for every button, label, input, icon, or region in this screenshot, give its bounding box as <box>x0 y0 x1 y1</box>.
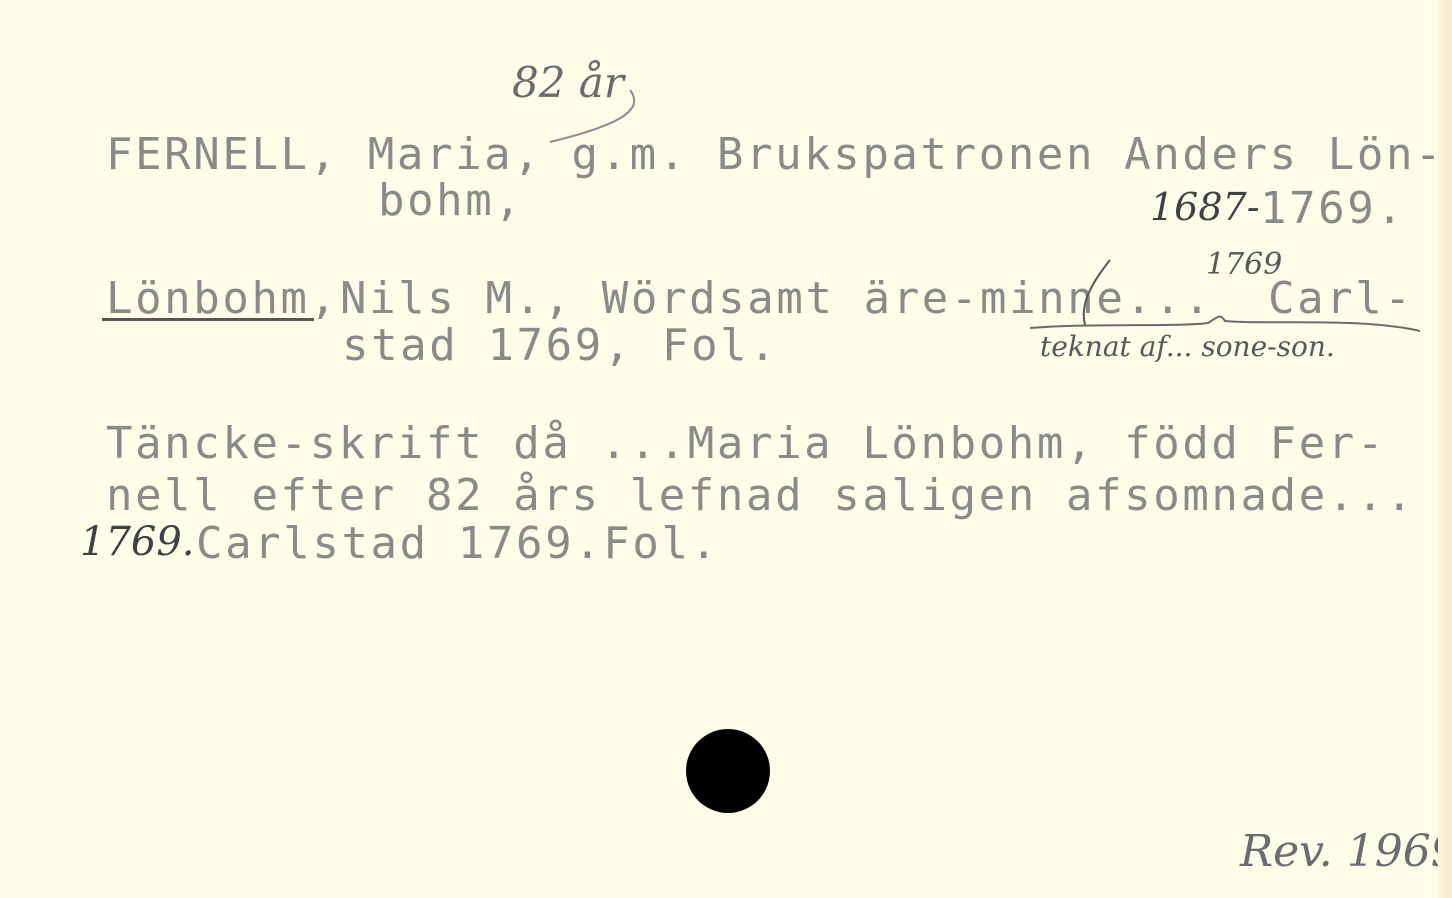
entry2-line2: stad 1769, Fol. <box>342 324 778 368</box>
entry3-line3: Carlstad 1769.Fol. <box>196 522 720 566</box>
heading-underline <box>102 318 314 321</box>
entry3-line2: nell efter 82 års lefnad saligen afsomna… <box>106 474 1415 518</box>
entry1-death-year: 1769. <box>1260 187 1405 231</box>
entry1-line2: bohm, <box>378 179 523 223</box>
entry2-line1-end: Carl- <box>1268 277 1413 321</box>
entry2-handwritten-note: teknat af... sone-son. <box>1040 333 1335 361</box>
entry1-line1: FERNELL, Maria, g.m. Brukspatronen Ander… <box>106 133 1444 177</box>
entry2-heading: Lönbohm, <box>106 277 339 321</box>
entry3-line1: Täncke-skrift då ...Maria Lönbohm, född … <box>106 422 1386 466</box>
revision-note: Rev. 1969 <box>1240 830 1452 874</box>
entry3-year-handwritten: 1769. <box>80 522 195 562</box>
punch-hole <box>686 729 770 813</box>
entry1-birth-year: 1687- <box>1150 188 1260 226</box>
catalog-card: 82 år FERNELL, Maria, g.m. Brukspatronen… <box>0 0 1452 898</box>
